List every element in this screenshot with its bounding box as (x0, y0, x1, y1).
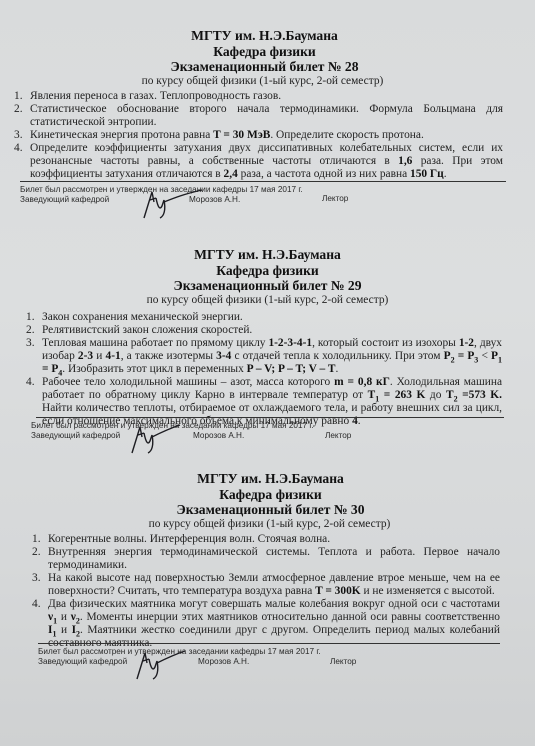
question-number: 2. (26, 324, 35, 337)
question-text: Статистическое обоснование второго начал… (30, 103, 503, 128)
question-item: 3.Кинетическая энергия протона равна T =… (30, 129, 503, 142)
question-text: Закон сохранения механической энергии. (42, 311, 243, 323)
head-name: Морозов А.Н. (198, 657, 249, 667)
question-number: 4. (26, 376, 35, 389)
question-text: Два физических маятника могут совершать … (48, 598, 500, 649)
question-number: 1. (26, 311, 35, 324)
question-text: Релятивистский закон сложения скоростей. (42, 324, 252, 336)
question-item: 1.Закон сохранения механической энергии. (42, 311, 502, 324)
question-item: 2.Статистическое обоснование второго нач… (30, 103, 503, 129)
head-label: Заведующий кафедрой (20, 195, 109, 205)
lecturer-label: Лектор (330, 657, 356, 667)
head-name: Морозов А.Н. (193, 431, 244, 441)
ticket-30: МГТУ им. Н.Э.Баумана Кафедра физики Экза… (0, 471, 535, 650)
head-label: Заведующий кафедрой (31, 431, 120, 441)
department-name: Кафедра физики (3, 487, 535, 503)
ticket-title: Экзаменационный билет № 30 (3, 502, 535, 518)
signature-icon (140, 188, 210, 220)
question-item: 2.Релятивистский закон сложения скоросте… (42, 324, 502, 337)
question-number: 1. (32, 533, 41, 546)
question-number: 4. (32, 598, 41, 611)
question-text: Определите коэффициенты затухания двух д… (30, 142, 503, 180)
question-number: 2. (32, 546, 41, 559)
question-text: На какой высоте над поверхностью Земли а… (48, 572, 500, 597)
question-number: 3. (26, 337, 35, 350)
divider-line (20, 181, 506, 182)
question-item: 4.Определите коэффициенты затухания двух… (30, 142, 503, 181)
divider-line (38, 643, 500, 644)
ticket-28: МГТУ им. Н.Э.Баумана Кафедра физики Экза… (0, 28, 535, 181)
question-item: 1.Явления переноса в газах. Теплопроводн… (30, 90, 503, 103)
question-list: 1.Когерентные волны. Интерференция волн.… (48, 533, 500, 651)
ticket-title: Экзаменационный билет № 28 (0, 59, 532, 75)
question-item: 2.Внутренняя энергия термодинамической с… (48, 546, 500, 572)
lecturer-label: Лектор (322, 194, 348, 204)
university-name: МГТУ им. Н.Э.Баумана (0, 28, 532, 44)
ticket-29: МГТУ им. Н.Э.Баумана Кафедра физики Экза… (0, 247, 535, 428)
signature-icon (133, 649, 193, 681)
question-item: 3.Тепловая машина работает по прямому ци… (42, 337, 502, 376)
question-item: 1.Когерентные волны. Интерференция волн.… (48, 533, 500, 546)
question-text: Когерентные волны. Интерференция волн. С… (48, 533, 330, 545)
course-line: по курсу общей физики (1-ый курс, 2-ой с… (0, 294, 535, 307)
signature-icon (128, 423, 188, 455)
course-line: по курсу общей физики (1-ый курс, 2-ой с… (2, 518, 535, 531)
question-list: 1.Явления переноса в газах. Теплопроводн… (30, 90, 503, 182)
question-text: Кинетическая энергия протона равна T = 3… (30, 129, 424, 141)
question-list: 1.Закон сохранения механической энергии.… (42, 311, 502, 429)
course-line: по курсу общей физики (1-ый курс, 2-ой с… (0, 75, 530, 88)
department-name: Кафедра физики (0, 44, 532, 60)
question-text: Рабочее тело холодильной машины – азот, … (42, 376, 502, 427)
question-number: 2. (14, 103, 23, 116)
question-number: 3. (32, 572, 41, 585)
university-name: МГТУ им. Н.Э.Баумана (0, 247, 535, 263)
question-item: 3.На какой высоте над поверхностью Земли… (48, 572, 500, 598)
head-label: Заведующий кафедрой (38, 657, 127, 667)
question-text: Явления переноса в газах. Теплопроводнос… (30, 90, 281, 102)
divider-line (36, 417, 504, 418)
lecturer-label: Лектор (325, 431, 351, 441)
university-name: МГТУ им. Н.Э.Баумана (3, 471, 535, 487)
question-text: Внутренняя энергия термодинамической сис… (48, 546, 500, 571)
question-text: Тепловая машина работает по прямому цикл… (42, 337, 502, 375)
question-number: 1. (14, 90, 23, 103)
question-number: 4. (14, 142, 23, 155)
question-number: 3. (14, 129, 23, 142)
ticket-title: Экзаменационный билет № 29 (0, 278, 535, 294)
department-name: Кафедра физики (0, 263, 535, 279)
